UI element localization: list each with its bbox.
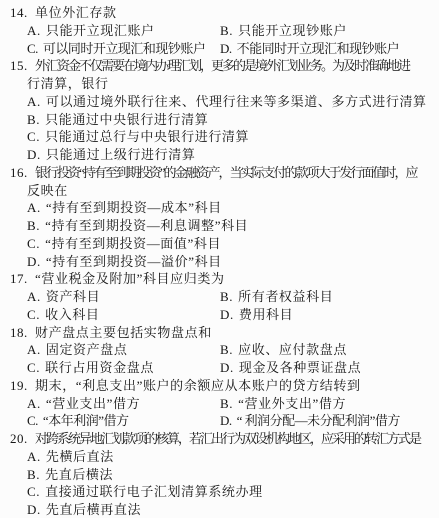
option-d: D.“ 利润分配—未分配利润”借方 [220, 412, 439, 430]
option-label: A. [27, 396, 41, 411]
option-b: B.只能通过中央银行进行清算 [27, 111, 439, 129]
option-a: A.可以通过境外联行往来、代理行往来等多渠道、多方式进行清算 [27, 93, 439, 111]
option-text: 先横后直法 [46, 449, 114, 464]
question-number: 19. [10, 377, 28, 395]
option-b: B.先直后横法 [27, 466, 439, 484]
option-text: 只能通过总行与中央银行进行清算 [45, 129, 249, 144]
question-number: 14. [10, 4, 28, 22]
question-stem: 期末，“利息支出”账户的余额应从本账户的贷方结转到 [35, 377, 439, 395]
option-text: 联行占用资金盘点 [45, 360, 154, 375]
option-label: A. [27, 342, 41, 357]
option-a: A.“营业支出”借方 [27, 395, 220, 413]
option-b: B.所有者权益科目 [220, 288, 439, 306]
option-c: C.可以同时开立现汇和现钞账户 [27, 40, 220, 58]
option-c: C.“本年利润”借方 [27, 412, 220, 430]
option-d: D.现金及各种票证盘点 [220, 359, 439, 377]
question-number: 15. [10, 57, 28, 75]
option-d: D.不能同时开立现汇和现钞账户 [220, 40, 439, 58]
option-a: A.“持有至到期投资—成本”科目 [27, 199, 439, 217]
option-text: “持有至到期投资—成本”科目 [46, 200, 222, 215]
option-text: 收入科目 [45, 307, 99, 322]
option-row: A.“营业支出”借方 B.“营业外支出”借方 [27, 395, 439, 413]
option-label: C. [27, 360, 40, 375]
option-text: 不能同时开立现汇和现钞账户 [237, 41, 400, 56]
option-c: C.收入科目 [27, 306, 220, 324]
question-15: 15. 外汇资金不仅需要在境内办理汇划，更多的是境外汇划业务。为及时准确地进 行… [0, 57, 439, 164]
option-text: “本年利润”借方 [43, 413, 129, 428]
option-label: D. [220, 41, 232, 56]
option-row: A.固定资产盘点 B.应收、应付款盘点 [27, 341, 439, 359]
option-text: 只能通过中央银行进行清算 [45, 112, 208, 127]
option-row: A.只能开立现汇账户 B.只能开立现钞账户 [27, 22, 439, 40]
option-text: 可以同时开立现汇和现钞账户 [43, 41, 206, 56]
option-a: A.先横后直法 [27, 448, 439, 466]
option-text: 应收、应付款盘点 [238, 342, 347, 357]
option-label: D. [220, 413, 232, 428]
question-19: 19. 期末，“利息支出”账户的余额应从本账户的贷方结转到 A.“营业支出”借方… [0, 377, 439, 430]
option-text: 只能通过上级行进行清算 [46, 147, 196, 162]
option-text: 费用科目 [239, 307, 293, 322]
option-text: 直接通过联行电子汇划清算系统办理 [45, 484, 263, 499]
question-stem: 财产盘点主要包括实物盘点和 [35, 324, 439, 342]
option-c: C.直接通过联行电子汇划清算系统办理 [27, 483, 439, 501]
option-label: B. [27, 218, 40, 233]
option-row: A.资产科目 B.所有者权益科目 [27, 288, 439, 306]
question-16: 16. 银行投资“持有至到期投资”的金融资产，当实际支付的款项大于发行面值时，应… [0, 164, 439, 271]
question-stem: 单位外汇存款 [35, 4, 439, 22]
option-label: C. [27, 484, 40, 499]
option-text: 资产科目 [46, 289, 100, 304]
question-18: 18. 财产盘点主要包括实物盘点和 A.固定资产盘点 B.应收、应付款盘点 C.… [0, 324, 439, 377]
exam-page: 14. 单位外汇存款 A.只能开立现汇账户 B.只能开立现钞账户 C.可以同时开… [0, 0, 439, 518]
option-d: D.“持有至到期投资—溢价”科目 [27, 253, 439, 271]
question-stem: “营业税金及附加”科目应归类为 [35, 270, 439, 288]
option-text: 只能开立现汇账户 [46, 23, 155, 38]
option-text: 现金及各种票证盘点 [239, 360, 361, 375]
option-d: D.只能通过上级行进行清算 [27, 146, 439, 164]
option-text: 只能开立现钞账户 [238, 23, 347, 38]
option-text: “ 利润分配—未分配利润”借方 [237, 413, 400, 428]
question-stem: 对跨系统异地汇划款项的核算，若汇出行为双设机构地区，应采用的转汇方式是 [35, 430, 439, 448]
option-label: A. [27, 94, 41, 109]
option-label: A. [27, 289, 41, 304]
option-b: B.只能开立现钞账户 [220, 22, 439, 40]
option-label: D. [220, 307, 234, 322]
option-row: C.联行占用资金盘点 D.现金及各种票证盘点 [27, 359, 439, 377]
option-a: A.固定资产盘点 [27, 341, 220, 359]
question-number: 16. [10, 164, 28, 182]
option-label: B. [220, 342, 233, 357]
option-label: C. [27, 413, 38, 428]
option-c: C.“持有至到期投资—面值”科目 [27, 235, 439, 253]
option-label: D. [27, 502, 41, 517]
option-label: B. [27, 467, 40, 482]
option-d: D.先直后横再直法 [27, 501, 439, 518]
option-text: “营业外支出”借方 [238, 396, 346, 411]
option-c: C.联行占用资金盘点 [27, 359, 220, 377]
option-a: A.只能开立现汇账户 [27, 22, 220, 40]
question-stem: 反映在 [27, 182, 439, 200]
question-number: 20. [10, 430, 28, 448]
option-label: A. [27, 449, 41, 464]
option-label: C. [27, 236, 40, 251]
option-c: C.只能通过总行与中央银行进行清算 [27, 128, 439, 146]
option-label: D. [27, 254, 41, 269]
option-text: “持有至到期投资—面值”科目 [45, 236, 221, 251]
option-label: D. [220, 360, 234, 375]
option-text: “持有至到期投资—溢价”科目 [46, 254, 222, 269]
option-label: B. [27, 112, 40, 127]
question-stem: 银行投资“持有至到期投资”的金融资产，当实际支付的款项大于发行面值时，应 [35, 164, 439, 182]
option-b: B.“持有至到期投资—利息调整”科目 [27, 217, 439, 235]
option-text: 先直后横法 [45, 467, 113, 482]
option-text: 先直后横再直法 [46, 502, 141, 517]
option-label: C. [27, 129, 40, 144]
question-14: 14. 单位外汇存款 A.只能开立现汇账户 B.只能开立现钞账户 C.可以同时开… [0, 4, 439, 57]
option-a: A.资产科目 [27, 288, 220, 306]
option-label: B. [220, 23, 233, 38]
option-d: D.费用科目 [220, 306, 439, 324]
option-label: A. [27, 23, 41, 38]
option-label: C. [27, 307, 40, 322]
option-row: C.收入科目 D.费用科目 [27, 306, 439, 324]
option-row: C.可以同时开立现汇和现钞账户 D.不能同时开立现汇和现钞账户 [27, 40, 439, 58]
option-label: D. [27, 147, 41, 162]
option-label: A. [27, 200, 41, 215]
question-stem: 行清算，银行 [27, 75, 439, 93]
option-b: B.应收、应付款盘点 [220, 341, 439, 359]
option-text: 所有者权益科目 [238, 289, 333, 304]
option-text: “营业支出”借方 [46, 396, 140, 411]
question-stem: 外汇资金不仅需要在境内办理汇划，更多的是境外汇划业务。为及时准确地进 [35, 57, 439, 75]
option-text: 固定资产盘点 [46, 342, 128, 357]
option-label: B. [220, 396, 233, 411]
option-text: 可以通过境外联行往来、代理行往来等多渠道、多方式进行清算 [46, 94, 427, 109]
question-17: 17. “营业税金及附加”科目应归类为 A.资产科目 B.所有者权益科目 C.收… [0, 270, 439, 323]
option-b: B.“营业外支出”借方 [220, 395, 439, 413]
option-row: C.“本年利润”借方 D.“ 利润分配—未分配利润”借方 [27, 412, 439, 430]
option-label: B. [220, 289, 233, 304]
option-text: “持有至到期投资—利息调整”科目 [45, 218, 248, 233]
question-20: 20. 对跨系统异地汇划款项的核算，若汇出行为双设机构地区，应采用的转汇方式是 … [0, 430, 439, 518]
option-label: C. [27, 41, 38, 56]
question-number: 18. [10, 324, 28, 342]
question-number: 17. [10, 270, 28, 288]
